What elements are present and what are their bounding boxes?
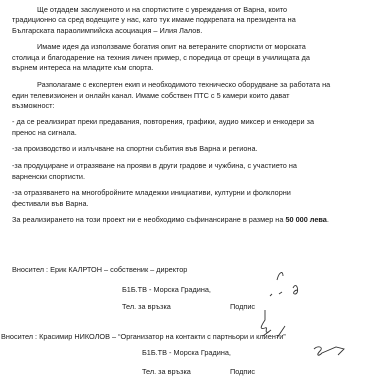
paragraph-3-line-2: един телевизионен и онлайн канал. Имаме … xyxy=(12,91,289,101)
bullet-4-line-1: -за отразяването на многобройните младеж… xyxy=(12,188,291,198)
bullet-4-line-2: фестивали във Варна. xyxy=(12,199,89,209)
paragraph-2-line-2: столица и благодарение на техния личен п… xyxy=(12,53,310,63)
bullet-3-line-2: варненски спортисти. xyxy=(12,172,85,182)
bullet-2-line-1: -за производство и излъчване на спортни … xyxy=(12,144,258,154)
submitter-1-signature-label: Подпис xyxy=(230,302,255,312)
bullet-3-line-1: -за продуциране и отразяване на прояви в… xyxy=(12,161,297,171)
paragraph-1-line-3: Българската параолимпийска асоциация – И… xyxy=(12,26,202,36)
paragraph-3-line-1: Разполагаме с експертен екип и необходим… xyxy=(37,80,330,90)
submitter-1-phone-label: Тел. за връзка xyxy=(122,302,171,312)
funding-line: За реализирането на този проект ни е нео… xyxy=(12,215,329,225)
funding-amount: 50 000 лева xyxy=(285,215,326,224)
paragraph-3-line-3: възможност: xyxy=(12,101,55,111)
submitter-1-line: Вносител : Ерик КАЛРТОН – собственик – д… xyxy=(12,265,187,275)
paragraph-1-line-2: традиционно са сред водещите у нас, като… xyxy=(12,15,296,25)
signature-1-icon xyxy=(265,270,325,302)
signature-2b-icon xyxy=(312,343,352,361)
bullet-1-line-2: пренос на сигнала. xyxy=(12,128,77,138)
paragraph-1-line-1: Ще отдадем заслуженото и на спортистите … xyxy=(37,5,287,15)
funding-text: За реализирането на този проект ни е нео… xyxy=(12,215,285,224)
submitter-2-phone-label: Тел. за връзка xyxy=(142,367,191,377)
signature-2-icon xyxy=(255,308,315,344)
submitter-2-org: Б1Б.ТВ - Морска Градина, xyxy=(142,348,231,358)
submitter-2-signature-label: Подпис xyxy=(230,367,255,377)
bullet-1-line-1: - да се реализират преки предавания, пов… xyxy=(12,117,314,127)
funding-suffix: . xyxy=(327,215,329,224)
paragraph-2-line-1: Имаме идея да използваме богатия опит на… xyxy=(37,42,306,52)
submitter-2-line: Вносител : Красимир НИКОЛОВ – “Организат… xyxy=(1,332,286,342)
paragraph-2-line-3: върнем интереса на младите към спорта. xyxy=(12,63,153,73)
submitter-1-org: Б1Б.ТВ - Морска Градина, xyxy=(122,285,211,295)
